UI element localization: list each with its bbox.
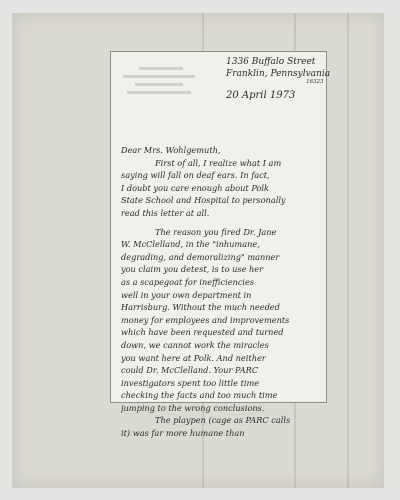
address-street: 1336 Buffalo Street [226,56,330,68]
letter-line: money for employees and improvements [121,314,321,327]
letter-line: as a scapegoat for inefficiencies [121,276,321,289]
letter-line: you want here at Polk. And neither [121,352,321,365]
letter-line: you claim you detest, is to use her [121,263,321,276]
letter-line: Harrisburg. Without the much needed [121,301,321,314]
letter-date: 20 April 1973 [226,90,330,102]
letter-line: well in your own department in [121,289,321,302]
letter-line: The playpen (cage as PARC calls [121,414,321,427]
letter-line: I doubt you care enough about Polk [121,182,321,195]
letter-line: could Dr. McClelland. Your PARC [121,364,321,377]
letter-line: investigators spent too little time [121,377,321,390]
letter-body: Dear Mrs. Wohlgemuth, First of all, I re… [121,144,321,440]
salutation: Dear Mrs. Wohlgemuth, [121,144,321,157]
letter-line: State School and Hospital to personally [121,194,321,207]
letter-line: First of all, I realize what I am [121,157,321,170]
faded-letterhead [123,62,203,99]
letter-line: The reason you fired Dr. Jane [121,226,321,239]
letter-line: read this letter at all. [121,207,321,220]
letter-line: W. McClelland, in the "inhumane, [121,238,321,251]
letter-line: down, we cannot work the miracles [121,339,321,352]
letter-line: it) was far more humane than [121,427,321,440]
letter-sheet: 1336 Buffalo Street Franklin, Pennsylvan… [110,51,327,403]
letter-line: jumping to the wrong conclusions. [121,402,321,415]
letter-line: which have been requested and turned [121,326,321,339]
sender-address: 1336 Buffalo Street Franklin, Pennsylvan… [226,56,330,102]
letter-line: checking the facts and too much time [121,389,321,402]
letter-line: degrading, and demoralizing" manner [121,251,321,264]
letter-line: saying will fall on deaf ears. In fact, [121,169,321,182]
copy-streak [347,13,349,488]
